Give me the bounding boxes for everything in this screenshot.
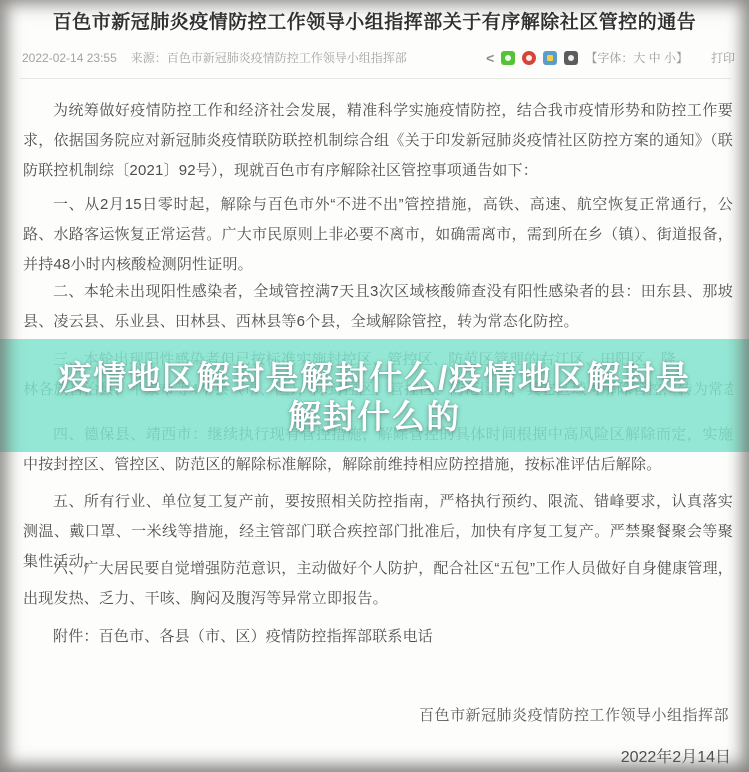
meta-actions: < 【字体：大 中 小】 打印	[486, 49, 735, 66]
watermark-line-2: 解封什么的	[0, 397, 749, 436]
page-title: 百色市新冠肺炎疫情防控工作领导小组指挥部关于有序解除社区管控的通告	[30, 7, 719, 34]
watermark-line-1: 疫情地区解封是解封什么/疫情地区解封是	[0, 358, 749, 397]
wechat-share-icon[interactable]	[501, 51, 515, 65]
font-size-control[interactable]: 【字体：大 中 小】	[585, 49, 688, 66]
signature-date: 2022年2月14日	[621, 744, 731, 767]
meta-info: 2022-02-14 23:55来源：百色市新冠肺炎疫情防控工作领导小组指挥部	[22, 49, 421, 66]
source-text: 来源：百色市新冠肺炎疫情防控工作领导小组指挥部	[131, 51, 407, 65]
notice-item-2: 二、本轮未出现阳性感染者，全域管控满7天且3次区域核酸筛查没有阳性感染者的县：田…	[23, 277, 733, 337]
notice-item-6: 六、广大居民要自觉增强防范意识，主动做好个人防护，配合社区“五包”工作人员做好自…	[23, 554, 733, 614]
notice-page: 百色市新冠肺炎疫情防控工作领导小组指挥部关于有序解除社区管控的通告 2022-0…	[0, 0, 749, 772]
attachment-line: 附件：百色市、各县（市、区）疫情防控指挥部联系电话	[23, 622, 733, 652]
watermark-banner: 疫情地区解封是解封什么/疫情地区解封是 解封什么的	[0, 339, 749, 452]
publish-datetime: 2022-02-14 23:55	[22, 51, 117, 65]
qzone-share-icon[interactable]	[543, 51, 557, 65]
notice-intro-paragraph: 为统筹做好疫情防控工作和经济社会发展，精准科学实施疫情防控，结合我市疫情形势和防…	[23, 96, 733, 186]
more-share-icon[interactable]	[564, 51, 578, 65]
weibo-share-icon[interactable]	[522, 51, 536, 65]
print-button[interactable]: 打印	[711, 49, 735, 66]
meta-bar: 2022-02-14 23:55来源：百色市新冠肺炎疫情防控工作领导小组指挥部 …	[22, 49, 735, 66]
notice-item-1: 一、从2月15日零时起，解除与百色市外“不进不出”管控措施，高铁、高速、航空恢复…	[23, 190, 733, 280]
share-icon[interactable]: <	[486, 50, 494, 66]
signature: 百色市新冠肺炎疫情防控工作领导小组指挥部	[419, 704, 729, 725]
divider	[20, 78, 731, 79]
